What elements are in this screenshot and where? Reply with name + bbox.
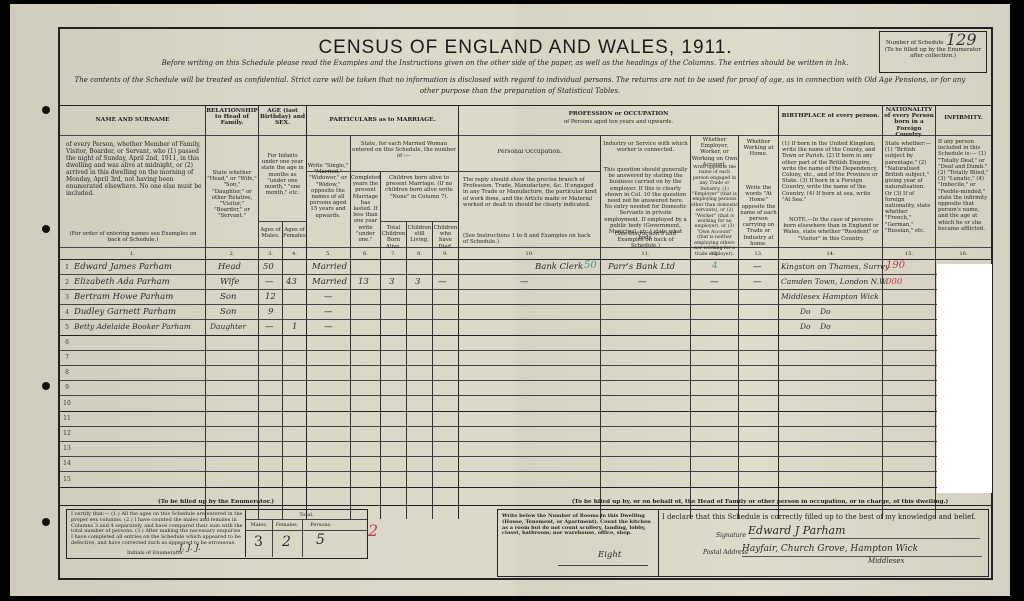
red-annotation-mark: 2 bbox=[368, 521, 378, 540]
row-number: 5 bbox=[62, 324, 72, 331]
marital-status: — bbox=[324, 307, 333, 317]
age-female: 43 bbox=[286, 277, 297, 287]
age-male: 50 bbox=[263, 262, 274, 272]
header-home: Whether Working at Home. bbox=[739, 139, 778, 158]
punch-hole bbox=[42, 382, 50, 390]
schedule-number-label: Number of Schedule bbox=[886, 40, 944, 46]
header-employer-body: Write opposite the name of each person e… bbox=[691, 165, 738, 257]
age-male: — bbox=[265, 277, 274, 287]
header-age-females: Ages of Females. bbox=[283, 227, 306, 239]
row-number: 2 bbox=[62, 279, 72, 286]
header-name: NAME AND SURNAME bbox=[60, 117, 205, 123]
enumerator-section-title: (To be filled up by the Enumerator.) bbox=[66, 499, 366, 505]
working-at-home: — bbox=[753, 277, 762, 287]
marital-status: Married bbox=[312, 277, 347, 287]
person-name: Bertram Howe Parham bbox=[74, 292, 173, 302]
age-male: 9 bbox=[268, 307, 273, 317]
page-title: CENSUS OF ENGLAND AND WALES, 1911. bbox=[60, 37, 991, 59]
signature-value: Edward J Parham bbox=[748, 524, 846, 537]
industry: — bbox=[638, 277, 647, 287]
column-number: 8. bbox=[407, 251, 432, 257]
marital-status: — bbox=[324, 322, 333, 332]
row-number: 7 bbox=[62, 354, 72, 361]
instructions-subtitle: Before writing on this Schedule please r… bbox=[120, 59, 890, 67]
females-label: Females. bbox=[272, 520, 302, 528]
header-children-living: Children still Living. bbox=[407, 225, 432, 244]
header-age: AGE (last Birthday) and SEX. bbox=[259, 108, 306, 127]
occupation: — bbox=[520, 277, 529, 287]
column-number: 4. bbox=[283, 251, 306, 257]
column-number: 14. bbox=[779, 251, 882, 257]
header-occupation-sub: of Persons aged ten years and upwards. bbox=[459, 119, 778, 125]
column-number: 15. bbox=[883, 251, 935, 257]
header-children-died: Children who have Died. bbox=[433, 225, 458, 250]
header-industry: Industry or Service with which worker is… bbox=[601, 141, 690, 153]
header-marriage-state: State, for each Married Woman entered on… bbox=[351, 141, 457, 160]
row-number: 11 bbox=[62, 415, 72, 422]
header-name-body: of every Person, whether Member of Famil… bbox=[66, 141, 202, 197]
header-home-body: Write the words "At Home" opposite the n… bbox=[739, 185, 778, 247]
marital-status: — bbox=[324, 292, 333, 302]
initials-label: Initials of Enumerator bbox=[127, 550, 183, 556]
females-total: 2 bbox=[282, 534, 291, 550]
row-number: 14 bbox=[62, 460, 72, 467]
birthplace: Middlesex Hampton Wick bbox=[781, 292, 879, 301]
header-marriage-write: Write "Single," "Married," "Widower," or… bbox=[307, 163, 349, 219]
males-total: 3 bbox=[254, 534, 263, 550]
postal-address-value: Hayfair, Church Grove, Hampton Wick bbox=[742, 544, 918, 554]
total-children: 3 bbox=[389, 277, 394, 287]
row-number: 4 bbox=[62, 309, 72, 316]
males-label: Males. bbox=[246, 520, 272, 528]
column-number: 10. bbox=[459, 251, 600, 257]
header-nationality: NATIONALITY of every Person born in a Fo… bbox=[883, 107, 935, 138]
row-number: 12 bbox=[62, 430, 72, 437]
relationship: Head bbox=[218, 262, 241, 272]
age-female: 1 bbox=[292, 322, 297, 332]
column-number: 11. bbox=[601, 251, 690, 257]
column-number: 5. bbox=[307, 251, 350, 257]
relationship: Son bbox=[220, 307, 236, 317]
confidential-notice: The contents of the Schedule will be tre… bbox=[60, 75, 980, 97]
dwelling-box: Write below the Number of Rooms in this … bbox=[497, 509, 989, 577]
enumerator-certify-text: I certify that:— (1.) All the ages on th… bbox=[71, 512, 243, 547]
persons-total: 5 bbox=[316, 532, 325, 548]
head-section-title: (To be filled up by, or on behalf of, th… bbox=[535, 499, 985, 505]
column-number: 9. bbox=[433, 251, 458, 257]
row-number: 1 bbox=[62, 264, 72, 271]
children-died: — bbox=[438, 277, 447, 287]
header-birthplace: BIRTHPLACE of every person. bbox=[779, 113, 882, 119]
header-name-note: (For order of entering names see Example… bbox=[64, 231, 202, 243]
postal-address-line2: Middlesex bbox=[868, 557, 904, 565]
column-number: 13. bbox=[739, 251, 778, 257]
relationship: Son bbox=[220, 292, 236, 302]
header-relationship: RELATIONSHIP to Head of Family. bbox=[206, 108, 258, 127]
person-name: Elizabeth Ada Parham bbox=[74, 277, 170, 287]
header-birthplace-body: (1) If born in the United Kingdom, write… bbox=[782, 141, 880, 203]
row-number: 3 bbox=[62, 294, 72, 301]
person-name: Dudley Garnett Parham bbox=[74, 307, 176, 317]
birthplace: Kingston on Thames, Surrey bbox=[781, 262, 889, 271]
birthplace: Do Do bbox=[800, 322, 831, 331]
punch-hole bbox=[42, 518, 50, 526]
header-infirmity: INFIRMITY. bbox=[936, 115, 991, 121]
header-occupation: PROFESSION or OCCUPATION bbox=[459, 111, 778, 117]
header-marriage-years: Completed years the present Marriage has… bbox=[351, 175, 380, 243]
row-number: 15 bbox=[62, 476, 72, 483]
age-male: — bbox=[265, 322, 274, 332]
column-number: 7. bbox=[381, 251, 406, 257]
header-total-children: Total Children Born Alive. bbox=[381, 225, 406, 250]
header-industry-note: (See Instruction 9 and Examples on back … bbox=[603, 231, 688, 250]
column-number: 1. bbox=[60, 251, 205, 257]
person-name: Edward James Parham bbox=[74, 262, 172, 272]
occupation: Bank Clerk bbox=[535, 262, 583, 272]
marital-status: Married bbox=[312, 262, 347, 272]
rooms-instruction: Write below the Number of Rooms in this … bbox=[502, 514, 654, 537]
relationship: Wife bbox=[220, 277, 239, 287]
initials-value: J. J. J. bbox=[179, 543, 201, 553]
schedule-number-note: (To be filled up by the Enumerator after… bbox=[884, 47, 982, 59]
birthplace: Do Do bbox=[800, 307, 831, 316]
declaration-text: I declare that this Schedule is correctl… bbox=[662, 513, 976, 521]
header-age-males: Ages of Males. bbox=[259, 227, 282, 239]
column-number: 3. bbox=[259, 251, 282, 257]
signature-label: Signature bbox=[716, 532, 746, 539]
nationality-code: 000 bbox=[886, 277, 902, 287]
header-personal-body: The reply should show the precise branch… bbox=[463, 177, 597, 208]
header-relationship-body: State whether "Head," or "Wife," "Son," … bbox=[207, 170, 257, 220]
row-number: 6 bbox=[62, 339, 72, 346]
header-nationality-body: State whether:— (1) "British subject by … bbox=[885, 141, 933, 234]
schedule-number-box: Number of Schedule 129 (To be filled up … bbox=[879, 31, 987, 73]
census-table: NAME AND SURNAME of every Person, whethe… bbox=[60, 105, 991, 519]
enumerator-box: I certify that:— (1.) All the ages on th… bbox=[66, 509, 368, 559]
nationality-code: 190 bbox=[886, 260, 905, 271]
total-label: Total. bbox=[246, 512, 367, 518]
header-employer: Whether Employer, Worker, or Working on … bbox=[691, 137, 738, 168]
children-living: 3 bbox=[415, 277, 420, 287]
years-married: 13 bbox=[358, 277, 369, 287]
row-number: 9 bbox=[62, 384, 72, 391]
schedule-frame: CENSUS OF ENGLAND AND WALES, 1911. Befor… bbox=[58, 27, 993, 580]
row-number: 10 bbox=[62, 400, 72, 407]
punch-hole bbox=[42, 106, 50, 114]
punch-hole bbox=[42, 225, 50, 233]
birthplace: Camden Town, London N.W. bbox=[781, 277, 888, 286]
redacted-infirmity-block bbox=[937, 264, 992, 493]
header-personal-note: (See Instructions 1 to 8 and Examples on… bbox=[463, 233, 597, 245]
occupation-code: 50 bbox=[584, 260, 597, 271]
relationship: Daughter bbox=[210, 322, 246, 331]
employer-status: 4 bbox=[712, 261, 717, 271]
persons-label: Persons. bbox=[302, 520, 340, 528]
age-male: 12 bbox=[265, 292, 276, 302]
column-number: 6. bbox=[351, 251, 380, 257]
header-infirmity-body: If any person included in this Schedule … bbox=[938, 139, 989, 232]
employer-status: — bbox=[710, 277, 719, 287]
footer: (To be filled up by the Enumerator.) I c… bbox=[60, 495, 991, 580]
working-at-home: — bbox=[753, 262, 762, 272]
header-marriage: PARTICULARS as to MARRIAGE. bbox=[307, 117, 458, 123]
header-age-body: For Infants under one year state the age… bbox=[259, 153, 306, 196]
column-number: 2. bbox=[206, 251, 258, 257]
person-name: Betty Adelaide Booker Parham bbox=[74, 322, 191, 331]
header-birthplace-note: NOTE.—In the case of persons born elsewh… bbox=[782, 217, 880, 242]
header-marriage-children: Children born alive to present Marriage.… bbox=[381, 175, 457, 200]
column-number: 16. bbox=[936, 251, 991, 257]
row-number: 13 bbox=[62, 445, 72, 452]
column-number: 12. bbox=[691, 251, 738, 257]
row-number: 8 bbox=[62, 369, 72, 376]
rooms-value: Eight bbox=[598, 550, 621, 560]
industry: Parr's Bank Ltd bbox=[608, 262, 675, 272]
header-personal-occupation: Personal Occupation. bbox=[459, 149, 600, 155]
